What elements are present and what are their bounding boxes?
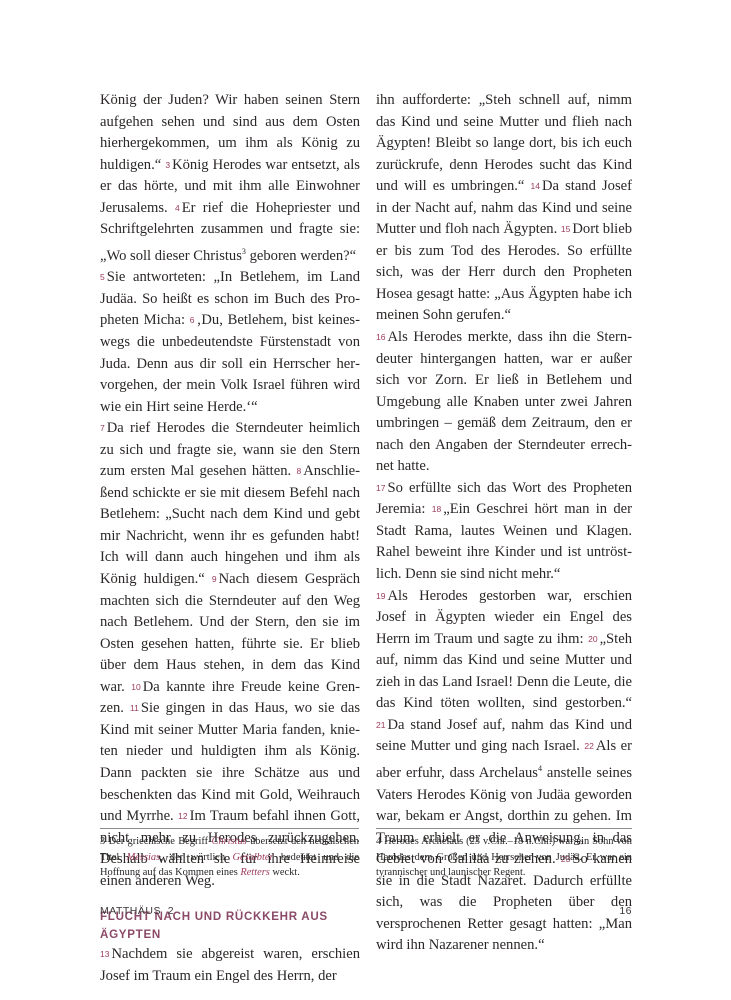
- footnote-divider: [376, 828, 632, 829]
- verse-text: Nachdem sie abgereist waren, erschien Jo…: [100, 946, 360, 984]
- verse-number: 5: [100, 272, 105, 282]
- footnote-3: 3 Der griechische Begriff Christus übers…: [100, 834, 359, 881]
- verse-number: 4: [175, 203, 180, 213]
- right-text-column: ihn aufforderte: „Steh schnell auf, nimm…: [376, 90, 632, 957]
- verse-text: Als Herodes merkte, dass ihn die Stern­d…: [376, 329, 632, 474]
- footnote-term: Retters: [240, 867, 269, 878]
- verse-number: 9: [212, 574, 217, 584]
- verse-number: 7: [100, 423, 105, 433]
- verse-number: 21: [376, 720, 385, 730]
- footnote-term: Gesalbter: [233, 852, 274, 863]
- verse-number: 8: [297, 466, 302, 476]
- footnote-divider: [100, 828, 359, 829]
- verse-number: 11: [130, 703, 139, 713]
- verse-number: 22: [584, 741, 593, 751]
- paragraph: 17So erfüllte sich das Wort des Prophete…: [376, 478, 632, 586]
- verse-text: Sie gingen in das Haus, wo sie das Kind …: [100, 700, 360, 824]
- verse-number: 20: [588, 634, 597, 644]
- verse-number: 15: [561, 224, 570, 234]
- footnote-term: Christus: [211, 836, 246, 847]
- verse-number: 19: [376, 591, 385, 601]
- verse-number: 18: [432, 504, 441, 514]
- footnote-text: weckt.: [270, 867, 300, 878]
- running-head: MATTHÄUS 2: [100, 905, 174, 917]
- footnote-text: 3 Der griechische Begriff: [100, 836, 211, 847]
- verse-number: 3: [165, 160, 170, 170]
- paragraph: König der Juden? Wir haben seinen Stern …: [100, 90, 360, 267]
- paragraph: 5Sie antworteten: „In Betlehem, im Land …: [100, 267, 360, 418]
- verse-number: 10: [131, 682, 140, 692]
- footnote-4: 4 Herodes Archelaus (23 v.Chr.–18 n.Chr.…: [376, 834, 632, 881]
- paragraph: 19Als Herodes gestorben war, erschien Jo…: [376, 586, 632, 957]
- verse-text: Anschlie­ßend schickte er sie mit diesem…: [100, 463, 360, 587]
- verse-number: 13: [100, 949, 109, 959]
- verse-number: 16: [376, 332, 385, 342]
- verse-text: Nach diesem Gespräch machten sich die St…: [100, 571, 360, 695]
- footnote-text: , der wörtlich: [160, 852, 232, 863]
- verse-number: 6: [190, 315, 195, 325]
- verse-text: geboren werden?“: [246, 248, 356, 264]
- verse-number: 14: [531, 181, 540, 191]
- paragraph: ihn aufforderte: „Steh schnell auf, nimm…: [376, 90, 632, 327]
- paragraph: 13Nachdem sie abgereist waren, erschien …: [100, 944, 360, 987]
- verse-number: 17: [376, 483, 385, 493]
- paragraph: 16Als Herodes merkte, dass ihn die Stern…: [376, 327, 632, 478]
- verse-number: 12: [178, 811, 187, 821]
- page-number: 16: [617, 905, 632, 917]
- paragraph: 7Da rief Herodes die Sterndeuter heimlic…: [100, 418, 360, 892]
- book-page: König der Juden? Wir haben seinen Stern …: [0, 0, 731, 1000]
- footnote-term: Messias: [127, 852, 160, 863]
